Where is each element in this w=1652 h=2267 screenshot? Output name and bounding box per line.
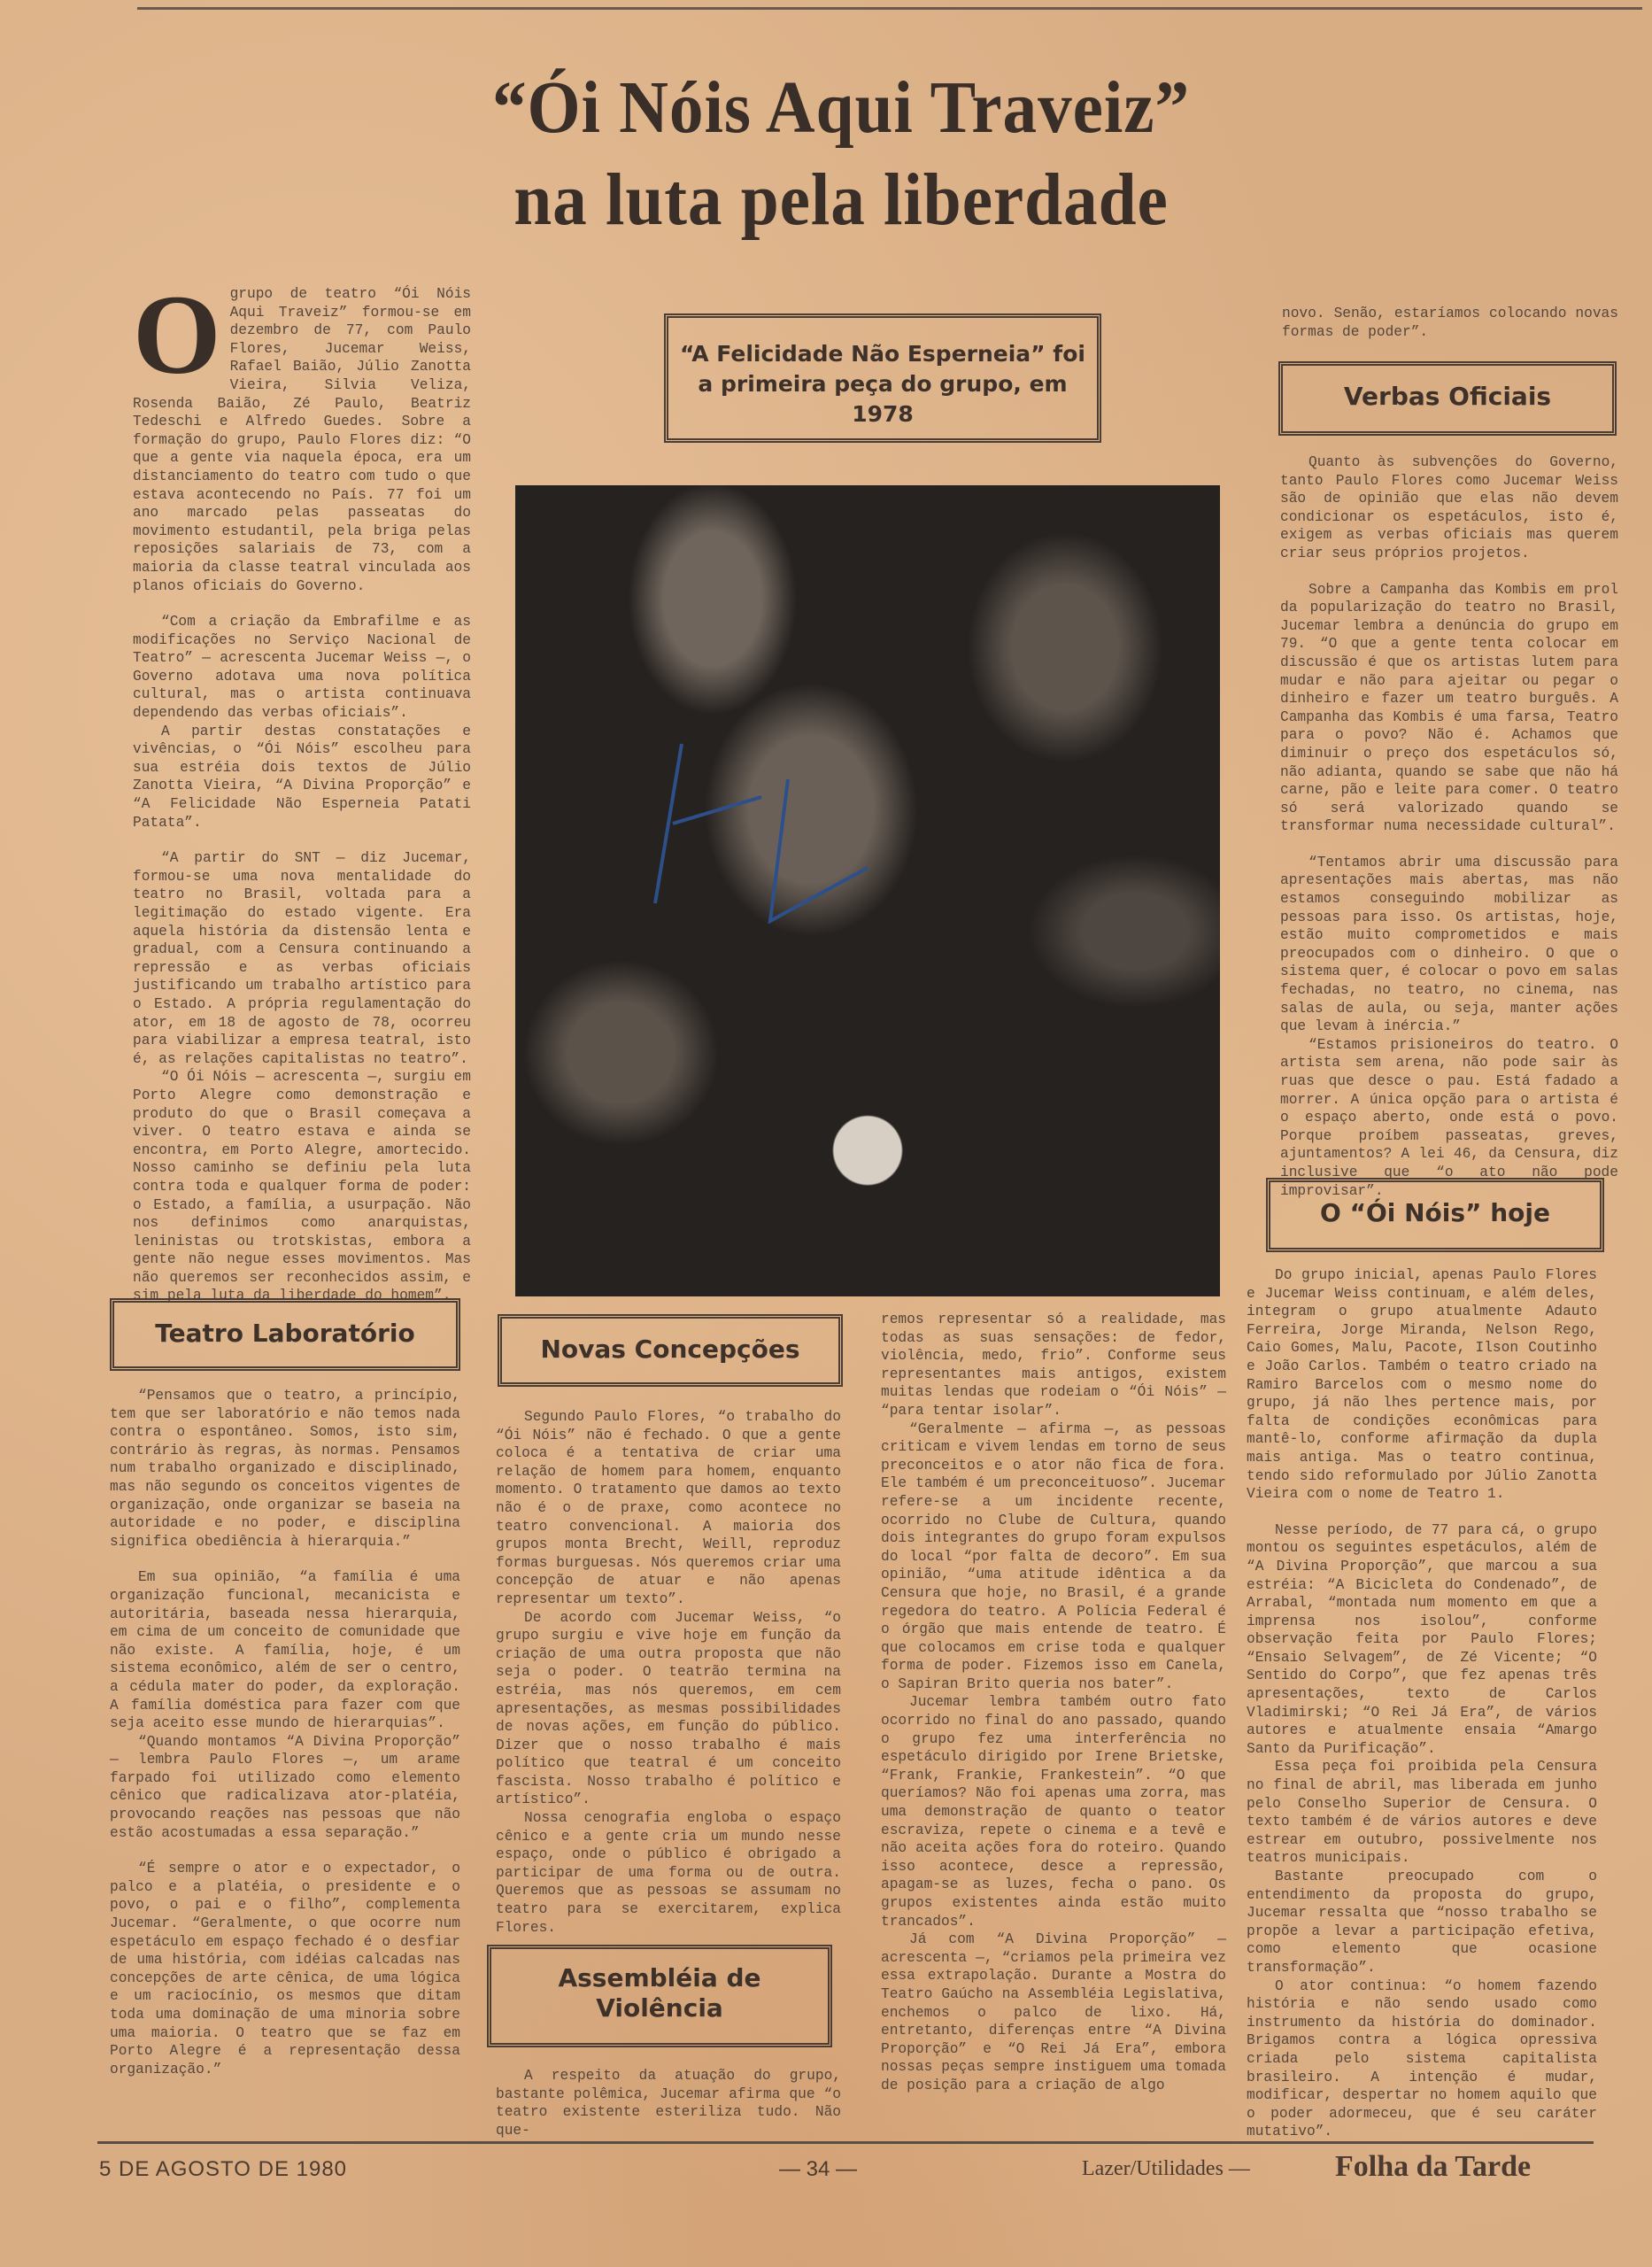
paragraph: Sobre a Campanha das Kombis em prol da p… xyxy=(1280,581,1618,836)
paragraph: Já com “A Divina Proporção” — acrescenta… xyxy=(881,1930,1226,2094)
column-1-intro: O grupo de teatro “Ói Nóis Aqui Traveiz”… xyxy=(133,285,471,1305)
column-novas-concepcoes: Segundo Paulo Flores, “o trabalho do “Ói… xyxy=(496,1408,841,1937)
footer-page-number: — 34 — xyxy=(779,2157,857,2182)
paragraph: “Quando montamos “A Divina Proporção” — … xyxy=(110,1733,460,1843)
top-rule xyxy=(137,7,1642,10)
section-heading-assembleia: Assembléia de Violência xyxy=(487,1945,832,2047)
paragraph: “Tentamos abrir uma discussão para apres… xyxy=(1280,854,1618,1036)
paragraph: “Pensamos que o teatro, a princípio, tem… xyxy=(110,1387,460,1551)
column-assembleia: A respeito da atuação do grupo, bastante… xyxy=(496,2067,841,2139)
paragraph: “O Ói Nóis — acrescenta —, surgiu em Por… xyxy=(133,1068,471,1305)
headline-line-1: “Ói Nóis Aqui Traveiz” xyxy=(189,62,1493,154)
paragraph: Nossa cenografia engloba o espaço cênico… xyxy=(496,1809,841,1937)
paragraph: Em sua opinião, “a família é uma organiz… xyxy=(110,1568,460,1732)
footer-newspaper-name: Folha da Tarde xyxy=(1335,2150,1531,2184)
paragraph: De acordo com Jucemar Weiss, “o grupo su… xyxy=(496,1609,841,1810)
paragraph: Essa peça foi proibida pela Censura no f… xyxy=(1247,1758,1597,1868)
headline: “Ói Nóis Aqui Traveiz” na luta pela libe… xyxy=(189,62,1493,246)
paragraph: Jucemar lembra também outro fato ocorrid… xyxy=(881,1693,1226,1930)
column-teatro-laboratorio: “Pensamos que o teatro, a princípio, tem… xyxy=(110,1387,460,2078)
paragraph: O ator continua: “o homem fazendo histór… xyxy=(1247,1977,1597,2141)
paragraph: remos representar só a realidade, mas to… xyxy=(881,1311,1226,1420)
paragraph: “Estamos prisioneiros do teatro. O artis… xyxy=(1280,1036,1618,1200)
paragraph: novo. Senão, estaríamos colocando novas … xyxy=(1282,305,1618,341)
paragraph: Quanto às subvenções do Governo, tanto P… xyxy=(1280,453,1618,563)
footer-date: 5 DE AGOSTO DE 1980 xyxy=(99,2157,347,2182)
paragraph: “É sempre o ator e o expectador, o palco… xyxy=(110,1860,460,2078)
paragraph: Do grupo inicial, apenas Paulo Flores e … xyxy=(1247,1266,1597,1504)
paragraph: Nesse período, de 77 para cá, o grupo mo… xyxy=(1247,1521,1597,1759)
column-4-top: novo. Senão, estaríamos colocando novas … xyxy=(1282,305,1618,341)
pen-scrawl-icon xyxy=(620,691,903,939)
paragraph: A partir destas constatações e vivências… xyxy=(133,723,471,832)
paragraph: “A partir do SNT — diz Jucemar, formou-s… xyxy=(133,849,471,1068)
section-heading-verbas-oficiais: Verbas Oficiais xyxy=(1278,361,1617,436)
photo-caption-box: “A Felicidade Não Esperneia” foi a prime… xyxy=(664,313,1101,443)
paragraph: “Geralmente — afirma —, as pessoas criti… xyxy=(881,1420,1226,1694)
footer-section: Lazer/Utilidades — xyxy=(1082,2157,1250,2181)
paragraph: “Com a criação da Embrafilme e as modifi… xyxy=(133,613,471,723)
column-3-continuation: remos representar só a realidade, mas to… xyxy=(881,1311,1226,2095)
paragraph: Bastante preocupado com o entendimento d… xyxy=(1247,1868,1597,1977)
paragraph: A respeito da atuação do grupo, bastante… xyxy=(496,2067,841,2139)
section-heading-oi-nois-hoje: O “Ói Nóis” hoje xyxy=(1266,1178,1604,1252)
column-oi-nois-hoje: Do grupo inicial, apenas Paulo Flores e … xyxy=(1247,1266,1597,2141)
bottom-rule xyxy=(97,2141,1594,2144)
headline-line-2: na luta pela liberdade xyxy=(189,154,1493,246)
drop-cap: O xyxy=(133,290,221,379)
section-heading-teatro-laboratorio: Teatro Laboratório xyxy=(110,1298,460,1371)
paragraph: Segundo Paulo Flores, “o trabalho do “Ói… xyxy=(496,1408,841,1609)
section-heading-novas-concepcoes: Novas Concepções xyxy=(498,1314,843,1387)
column-verbas-oficiais: Quanto às subvenções do Governo, tanto P… xyxy=(1280,453,1618,1200)
